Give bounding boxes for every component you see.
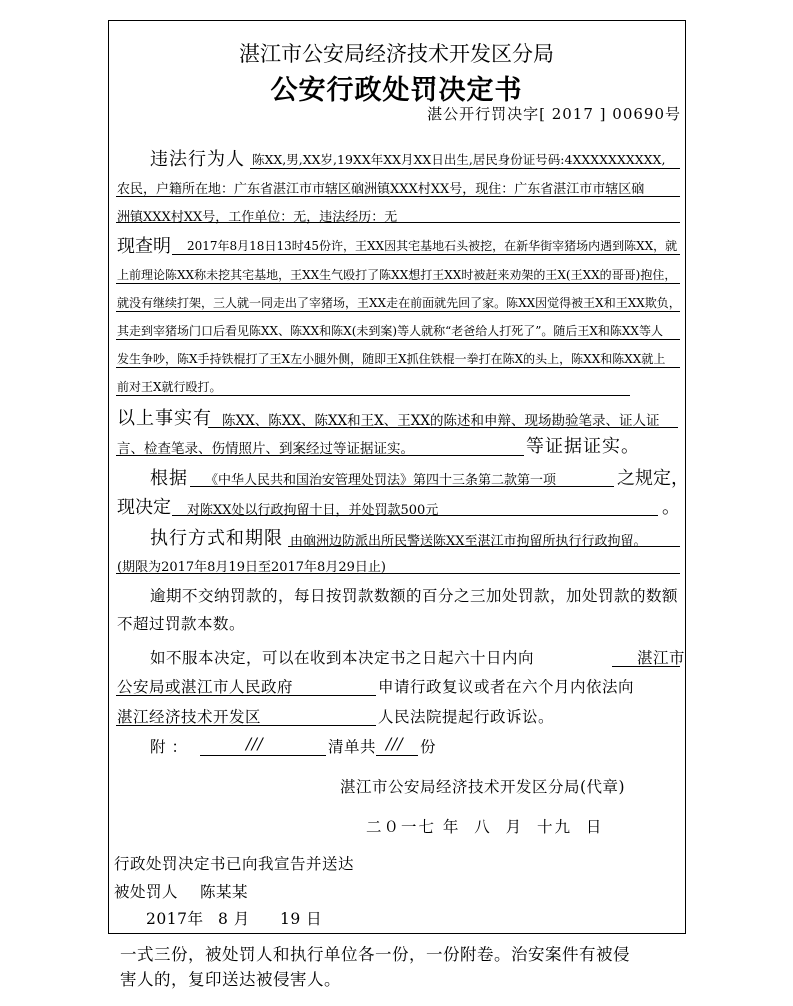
document-number: 湛公开行罚决字[ 2017 ] 00690号 (427, 103, 681, 124)
underline (116, 339, 680, 340)
underline (172, 515, 658, 516)
signing-agency: 湛江市公安局经济技术开发区分局(代章) (340, 775, 625, 797)
attachment-list-value: /// (386, 735, 403, 753)
document-title: 公安行政处罚决定书 (0, 68, 793, 107)
underline (250, 168, 680, 169)
underline (116, 222, 680, 223)
penalty-note-line-2: 不超过罚款本数。 (117, 612, 245, 634)
underline (116, 455, 524, 456)
evidence-line-2: 言、检查笔录、伤情照片、到案经过等证据证实。 (117, 437, 414, 457)
underline (172, 254, 680, 255)
facts-line: 前对王X就行殴打。 (117, 378, 222, 395)
receipt-date-year: 2017年 (146, 907, 203, 929)
decision-suffix: 。 (662, 493, 680, 519)
facts-line: 其走到宰猪场门口后看见陈XX、陈XX和陈X(未到案)等人就称“老爸给人打死了”。… (117, 322, 663, 339)
underline (116, 367, 680, 368)
underline (116, 573, 680, 574)
execution-label: 执行方式和期限 (150, 524, 283, 550)
penalty-note-line-1: 逾期不交纳罚款的，每日按罚款数额的百分之三加处罚款，加处罚款的数额 (150, 584, 678, 606)
underline (116, 695, 376, 696)
facts-line: 上前理论陈XX称未挖其宅基地，王XX生气殴打了陈XX想打王XX时被赶来劝架的王X… (117, 266, 676, 283)
footnote-line-2: 害人的，复印送达被侵害人。 (120, 966, 341, 990)
evidence-suffix: 等证据证实。 (526, 432, 640, 458)
footnote-line-1: 一式三份，被处罚人和执行单位各一份，一份附卷。治安案件有被侵 (120, 941, 630, 965)
appeal-line-1-fill: 湛江市 (637, 646, 685, 668)
signing-date: 二０一七 年 八 月 十九 日 (366, 815, 603, 837)
agency-name: 湛江市公安局经济技术开发区分局 (0, 38, 793, 68)
receipt-date-month: 8 月 (218, 907, 250, 929)
underline (208, 427, 678, 428)
decision-label: 现决定 (117, 493, 171, 519)
facts-line: 就没有继续打架，三人就一同走出了宰猪场，王XX走在前面就先回了家。陈XX因觉得被… (117, 294, 681, 311)
facts-line: 2017年8月18日13时45份许，王XX因其宅基地石头被挖，在新华街宰猪场内遇… (187, 237, 677, 254)
underline (116, 196, 680, 197)
recipient-label: 被处罚人 (114, 880, 178, 902)
attachment-label: 附： (150, 735, 193, 757)
evidence-line-1: 陈XX、陈XX、陈XX和王X、王XX的陈述和申辩、现场勘验笔录、证人证 (222, 409, 660, 429)
attachment-list-label: 清单共 (328, 735, 376, 757)
appeal-line-2-fill: 公安局或湛江市人民政府 (117, 675, 293, 697)
facts-line: 发生争吵，陈X手持铁棍打了王X左小腿外侧，随即王X抓住铁棍一拳打在陈X的头上，陈… (117, 350, 665, 367)
appeal-line-3-suffix: 人民法院提起行政诉讼。 (378, 705, 554, 727)
offender-line-2: 农民，户籍所在地：广东省湛江市市辖区硇洲镇XXX村XX号，现住：广东省湛江市市辖… (117, 178, 644, 197)
appeal-line-3-fill: 湛江经济技术开发区 (117, 705, 261, 727)
attachment-value: /// (246, 735, 263, 753)
basis-suffix: 之规定， (617, 464, 689, 490)
underline (190, 486, 614, 487)
attachment-list-suffix: 份 (420, 735, 436, 757)
underline (288, 546, 680, 547)
recipient-name: 陈某某 (200, 880, 248, 902)
offender-line-1: 陈XX,男,XX岁,19XX年XX月XX日出生,居民身份证号码:4XXXXXXX… (252, 150, 665, 168)
offender-label: 违法行为人 (150, 145, 245, 171)
underline (612, 666, 680, 667)
receipt-statement: 行政处罚决定书已向我宣告并送达 (114, 852, 354, 874)
underline (200, 755, 326, 756)
underline (116, 395, 630, 396)
appeal-line-1-prefix: 如不服本决定，可以在收到本决定书之日起六十日内向 (150, 646, 534, 668)
underline (376, 755, 418, 756)
underline (116, 283, 680, 284)
facts-label: 现查明 (117, 232, 171, 258)
underline (116, 311, 680, 312)
evidence-label: 以上事实有 (117, 404, 212, 430)
appeal-line-2-suffix: 申请行政复议或者在六个月内依法向 (378, 675, 634, 697)
basis-label: 根据 (150, 464, 188, 490)
underline (116, 725, 376, 726)
receipt-date-day: 19 日 (280, 907, 322, 929)
